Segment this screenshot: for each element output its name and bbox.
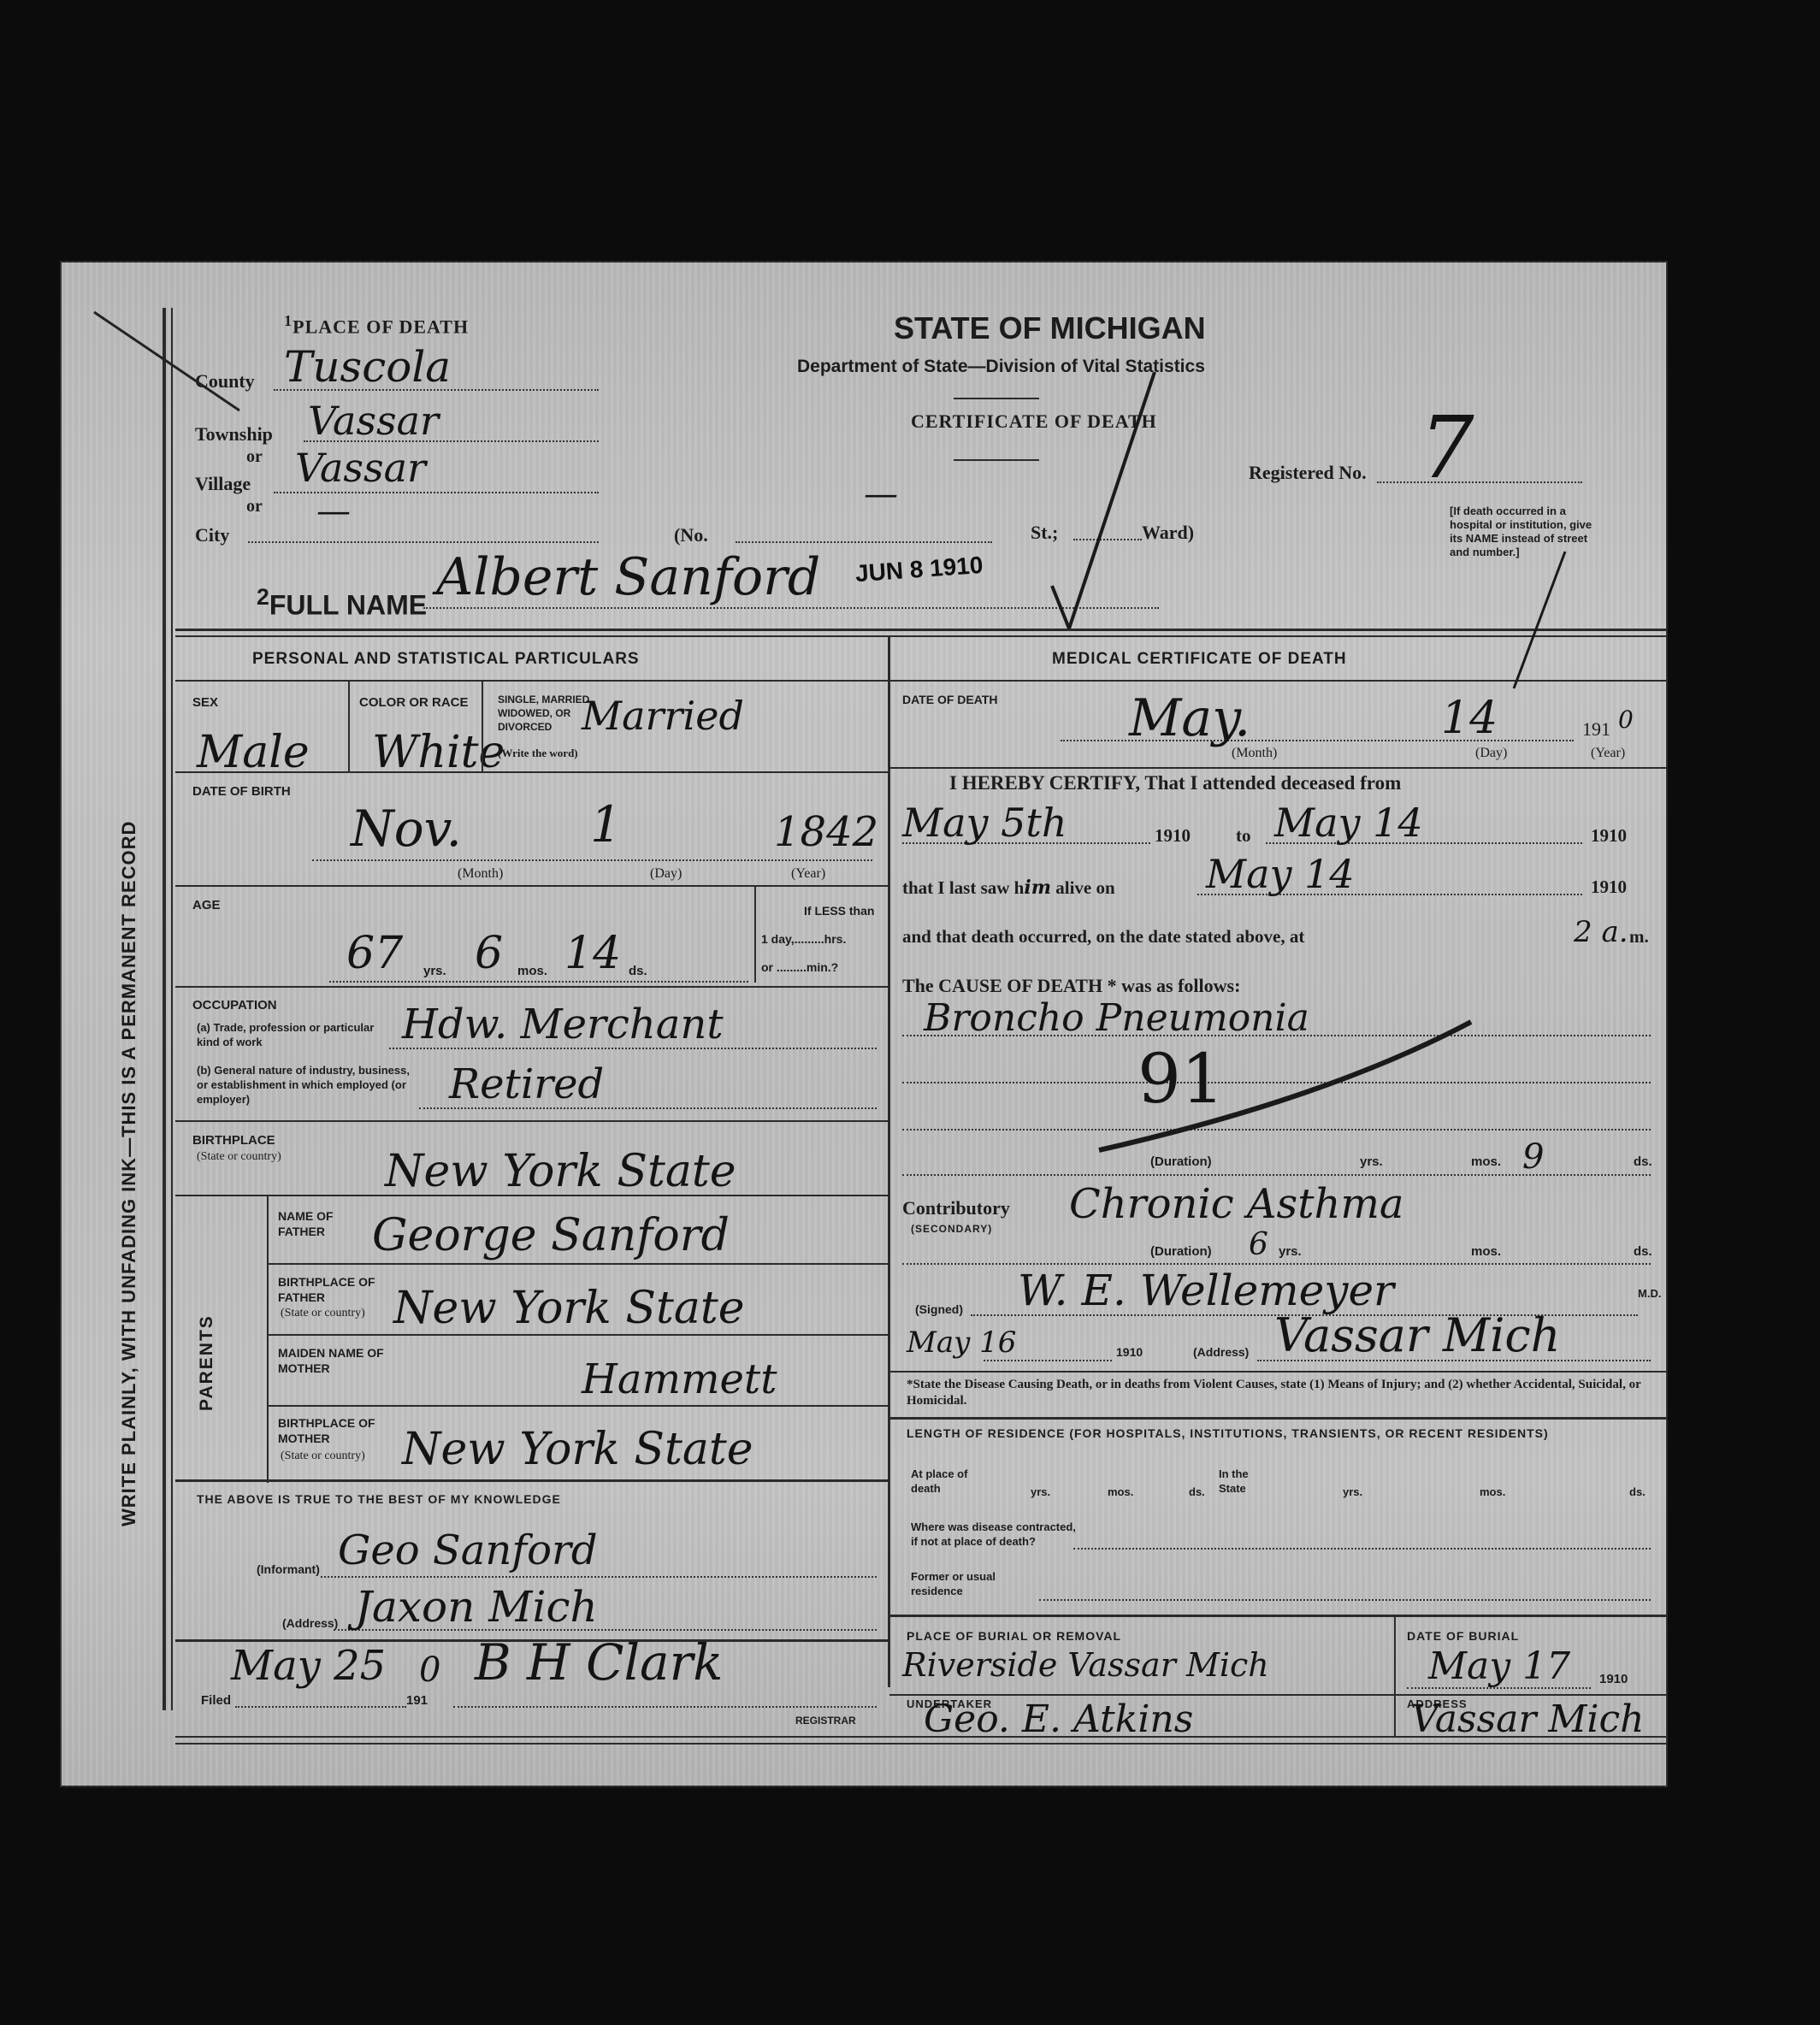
column-divider <box>888 635 890 1687</box>
occupation-label: OCCUPATION <box>192 998 277 1012</box>
yrs-label: yrs. <box>1343 1485 1362 1498</box>
cause-heading: The CAUSE OF DEATH * was as follows: <box>902 975 1240 997</box>
dob-day: 1 <box>590 795 622 853</box>
informant-label: (Informant) <box>257 1562 320 1576</box>
certify-text: I HEREBY CERTIFY, That I attended deceas… <box>949 772 1401 794</box>
row-rule <box>175 885 888 887</box>
filed-label: Filed <box>201 1693 231 1708</box>
contributory-cause: Chronic Asthma <box>1069 1180 1404 1228</box>
township-value: Vassar <box>308 398 439 444</box>
full-name-value: Albert Sanford <box>436 547 820 607</box>
mos-label: mos. <box>1471 1244 1501 1259</box>
full-name-text: FULL NAME <box>269 590 427 621</box>
title-rule <box>954 398 1039 399</box>
mos-label: mos. <box>1480 1485 1505 1498</box>
informant-line <box>321 1576 877 1578</box>
duration-line <box>902 1174 1651 1176</box>
mos-label: mos. <box>517 964 547 978</box>
last-saw-date: May 14 <box>1206 851 1355 897</box>
informant-heading: THE ABOVE IS TRUE TO THE BEST OF MY KNOW… <box>197 1492 561 1506</box>
age-line <box>329 981 748 983</box>
last-saw-text: that I last saw him alive on <box>902 877 1115 899</box>
burial-date-label: DATE OF BURIAL <box>1407 1629 1519 1643</box>
filed-year-suffix: 0 <box>419 1650 440 1690</box>
secondary-label: (SECONDARY) <box>911 1223 992 1235</box>
row-rule <box>269 1334 888 1336</box>
md-label: M.D. <box>1638 1287 1661 1300</box>
date-of-death-day: 14 <box>1441 693 1498 744</box>
row-rule <box>175 1479 888 1482</box>
dob-label: DATE OF BIRTH <box>192 784 291 799</box>
row-rule <box>175 680 888 682</box>
date-of-death-label: DATE OF DEATH <box>902 693 997 706</box>
age-years: 67 <box>346 928 403 979</box>
row-rule <box>175 1195 888 1196</box>
father-birthplace-note: (State or country) <box>281 1307 365 1320</box>
full-name-label: 2FULL NAME <box>257 584 427 622</box>
residence-heading: LENGTH OF RESIDENCE (FOR HOSPITALS, INST… <box>907 1426 1651 1442</box>
cell-divider <box>754 887 756 983</box>
birthplace-value: New York State <box>385 1146 736 1197</box>
burial-year: 1910 <box>1599 1672 1628 1686</box>
ds-label: ds. <box>629 964 647 978</box>
title-rule <box>954 459 1039 461</box>
cell-divider <box>348 682 350 771</box>
dob-month: Nov. <box>351 800 462 858</box>
month-caption: (Month) <box>458 866 503 882</box>
registrar-label: REGISTRAR <box>795 1715 856 1727</box>
row-rule <box>269 1263 888 1265</box>
attended-from-date: May 5th <box>902 800 1067 846</box>
last-saw-pronoun: im <box>1024 877 1051 899</box>
city-value: — <box>316 492 351 531</box>
contrib-duration-years: 6 <box>1249 1227 1268 1262</box>
last-saw-year: 1910 <box>1591 877 1627 898</box>
field-number: 2 <box>257 584 269 610</box>
burial-place-label: PLACE OF BURIAL OR REMOVAL <box>907 1629 1121 1643</box>
cause-line-3 <box>902 1129 1651 1131</box>
section-rule <box>175 629 1668 631</box>
occupation-b-value: Retired <box>449 1060 604 1108</box>
or-label: or <box>246 447 263 467</box>
undertaker-address-value: Vassar Mich <box>1411 1697 1645 1741</box>
contrib-duration-line <box>902 1263 1651 1265</box>
duration-label: (Duration) <box>1150 1244 1212 1259</box>
signed-year: 1910 <box>1116 1345 1143 1359</box>
father-name-value: George Sanford <box>372 1210 730 1261</box>
street-number-label: (No. <box>674 524 708 546</box>
ds-label: ds. <box>1629 1485 1646 1498</box>
filed-line <box>235 1706 406 1708</box>
cell-divider <box>482 682 483 771</box>
personal-heading: PERSONAL AND STATISTICAL PARTICULARS <box>252 650 640 669</box>
row-rule <box>175 771 888 773</box>
received-stamp: JUN 8 1910 <box>854 552 984 587</box>
burial-place-value: Riverside Vassar Mich <box>902 1646 1269 1684</box>
alive-on-label: alive on <box>1055 877 1114 898</box>
left-border <box>162 308 166 1710</box>
age-label: AGE <box>192 898 221 912</box>
undertaker-value: Geo. E. Atkins <box>924 1697 1193 1741</box>
cause-line-2 <box>902 1082 1651 1083</box>
birthplace-note: (State or country) <box>197 1150 281 1164</box>
row-rule <box>175 1120 888 1122</box>
registrar-line <box>453 1706 877 1708</box>
cell-divider <box>1394 1617 1396 1737</box>
father-birthplace-value: New York State <box>393 1283 745 1334</box>
date-of-death-month: May. <box>1129 688 1250 748</box>
death-certificate: WRITE PLAINLY, WITH UNFADING INK—THIS IS… <box>60 261 1668 1787</box>
burial-date-value: May 17 <box>1428 1644 1570 1688</box>
occupation-b-label: (b) General nature of industry, business… <box>197 1063 419 1107</box>
street-line <box>736 541 992 543</box>
day-caption: (Day) <box>1475 746 1507 761</box>
dash-mark: — <box>864 475 898 514</box>
race-value: White <box>372 727 505 778</box>
one-day-label: 1 day,.........hrs. <box>761 932 846 946</box>
parents-divider <box>267 1196 269 1483</box>
cause-code: 91 <box>1137 1039 1225 1119</box>
father-name-label: NAME OF FATHER <box>278 1208 372 1239</box>
check-mark-icon <box>1514 552 1565 688</box>
occupation-a-value: Hdw. Merchant <box>402 1001 724 1048</box>
contributory-label: Contributory <box>902 1197 1010 1219</box>
registered-line <box>1377 481 1582 483</box>
township-label: Township <box>195 423 273 446</box>
ward-label: Ward) <box>1142 522 1194 544</box>
mos-label: mos. <box>1108 1485 1133 1498</box>
contracted-line <box>1073 1548 1651 1550</box>
attended-to-year: 1910 <box>1591 825 1627 847</box>
medical-heading: MEDICAL CERTIFICATE OF DEATH <box>1052 650 1347 669</box>
year-caption: (Year) <box>1591 746 1625 761</box>
filed-year-prefix: 191 <box>406 1693 428 1708</box>
cause-of-death: Broncho Pneumonia <box>924 996 1309 1040</box>
signed-date: May 16 <box>907 1325 1016 1360</box>
county-value: Tuscola <box>284 342 451 392</box>
street-label: St.; <box>1031 522 1058 544</box>
month-caption: (Month) <box>1232 746 1277 761</box>
in-state-label: In the State <box>1219 1467 1279 1496</box>
signed-label: (Signed) <box>915 1302 963 1316</box>
yrs-label: yrs. <box>1360 1154 1383 1169</box>
age-months: 6 <box>475 928 503 979</box>
city-line <box>248 541 599 543</box>
informant-value: Geo Sanford <box>338 1526 598 1574</box>
row-rule <box>269 1405 888 1407</box>
mother-maiden-label: MAIDEN NAME OF MOTHER <box>278 1345 398 1376</box>
row-rule <box>889 1371 1668 1373</box>
parents-side-label: PARENTS <box>197 1314 217 1411</box>
death-occurred-text: and that death occurred, on the date sta… <box>902 926 1304 948</box>
date-of-death-year-suffix: 0 <box>1618 706 1634 734</box>
place-of-death-heading: 1PLACE OF DEATH <box>284 312 469 338</box>
village-label: Village <box>195 473 251 495</box>
form-title: CERTIFICATE OF DEATH <box>911 410 1157 433</box>
county-label: County <box>195 370 255 393</box>
death-time: 2 a. <box>1574 915 1628 949</box>
meridiem-label: m. <box>1629 926 1649 948</box>
row-rule <box>889 1417 1668 1420</box>
row-rule <box>889 680 1668 682</box>
mother-maiden-value: Hammett <box>582 1355 777 1403</box>
former-residence-label: Former or usual residence <box>911 1569 1039 1598</box>
hospital-note: [If death occurred in a hospital or inst… <box>1450 505 1595 559</box>
year-caption: (Year) <box>791 866 825 882</box>
physician-address: Vassar Mich <box>1274 1308 1560 1362</box>
yrs-label: yrs. <box>423 964 446 978</box>
bottom-rule <box>175 1743 1668 1745</box>
ds-label: ds. <box>1634 1154 1652 1169</box>
mother-birthplace-note: (State or country) <box>281 1449 365 1463</box>
registered-number: 7 <box>1420 398 1474 498</box>
physician-address-label: (Address) <box>1193 1345 1249 1359</box>
village-value: Vassar <box>295 445 426 491</box>
or-label: or <box>246 497 263 517</box>
duration-days: 9 <box>1522 1137 1544 1177</box>
dob-year: 1842 <box>774 808 878 856</box>
day-caption: (Day) <box>650 866 682 882</box>
ds-label: ds. <box>1634 1244 1652 1259</box>
full-name-line <box>423 607 1159 609</box>
yrs-label: yrs. <box>1031 1485 1050 1498</box>
place-of-death-label: PLACE OF DEATH <box>292 316 469 337</box>
row-rule <box>175 986 888 988</box>
field-number: 1 <box>284 312 292 329</box>
contracted-label: Where was disease contracted, if not at … <box>911 1520 1082 1549</box>
ds-label: ds. <box>1189 1485 1205 1498</box>
age-days: 14 <box>564 928 621 979</box>
race-label: COLOR OR RACE <box>359 695 469 710</box>
side-note: WRITE PLAINLY, WITH UNFADING INK—THIS IS… <box>118 821 140 1526</box>
row-rule <box>889 1694 1668 1696</box>
row-rule <box>889 767 1668 769</box>
row-rule <box>889 1615 1668 1617</box>
dob-line <box>312 859 872 861</box>
sex-value: Male <box>197 727 310 778</box>
or-min-label: or .........min.? <box>761 960 838 974</box>
state-title: STATE OF MICHIGAN <box>894 310 1206 346</box>
to-label: to <box>1236 825 1251 847</box>
registered-label: Registered No. <box>1249 462 1367 484</box>
birthplace-label: BIRTHPLACE <box>192 1133 275 1148</box>
registrar-signature: B H Clark <box>475 1633 723 1691</box>
duration-label: (Duration) <box>1150 1154 1212 1169</box>
diagonal-stroke <box>94 312 239 410</box>
city-label: City <box>195 524 229 546</box>
signed-date-line <box>984 1360 1112 1361</box>
informant-address-value: Jaxon Mich <box>355 1582 598 1632</box>
sex-label: SEX <box>192 695 218 710</box>
attended-from-year: 1910 <box>1155 825 1191 847</box>
last-saw-prefix: that I last saw h <box>902 877 1024 898</box>
mother-birthplace-value: New York State <box>402 1424 753 1475</box>
ward-line <box>1073 539 1142 540</box>
mother-birthplace-label: BIRTHPLACE OF MOTHER <box>278 1415 398 1446</box>
left-border-inner <box>171 308 173 1710</box>
section-rule <box>175 635 1668 637</box>
marital-value: Married <box>582 693 744 739</box>
former-residence-line <box>1039 1599 1651 1601</box>
marital-note: (Write the word) <box>498 747 578 760</box>
yrs-label: yrs. <box>1279 1244 1302 1259</box>
date-of-death-year-prefix: 191 <box>1582 718 1610 741</box>
informant-address-label: (Address) <box>282 1616 338 1630</box>
at-place-label: At place of death <box>911 1467 988 1496</box>
department-subtitle: Department of State—Division of Vital St… <box>797 357 1205 377</box>
cause-footnote: *State the Disease Causing Death, or in … <box>907 1377 1651 1409</box>
father-birthplace-label: BIRTHPLACE OF FATHER <box>278 1274 398 1305</box>
filed-date: May 25 <box>231 1642 386 1690</box>
occupation-a-label: (a) Trade, profession or particular kind… <box>197 1020 389 1049</box>
attended-to-date: May 14 <box>1274 800 1423 846</box>
less-than-label: If LESS than <box>804 904 874 918</box>
mos-label: mos. <box>1471 1154 1501 1169</box>
